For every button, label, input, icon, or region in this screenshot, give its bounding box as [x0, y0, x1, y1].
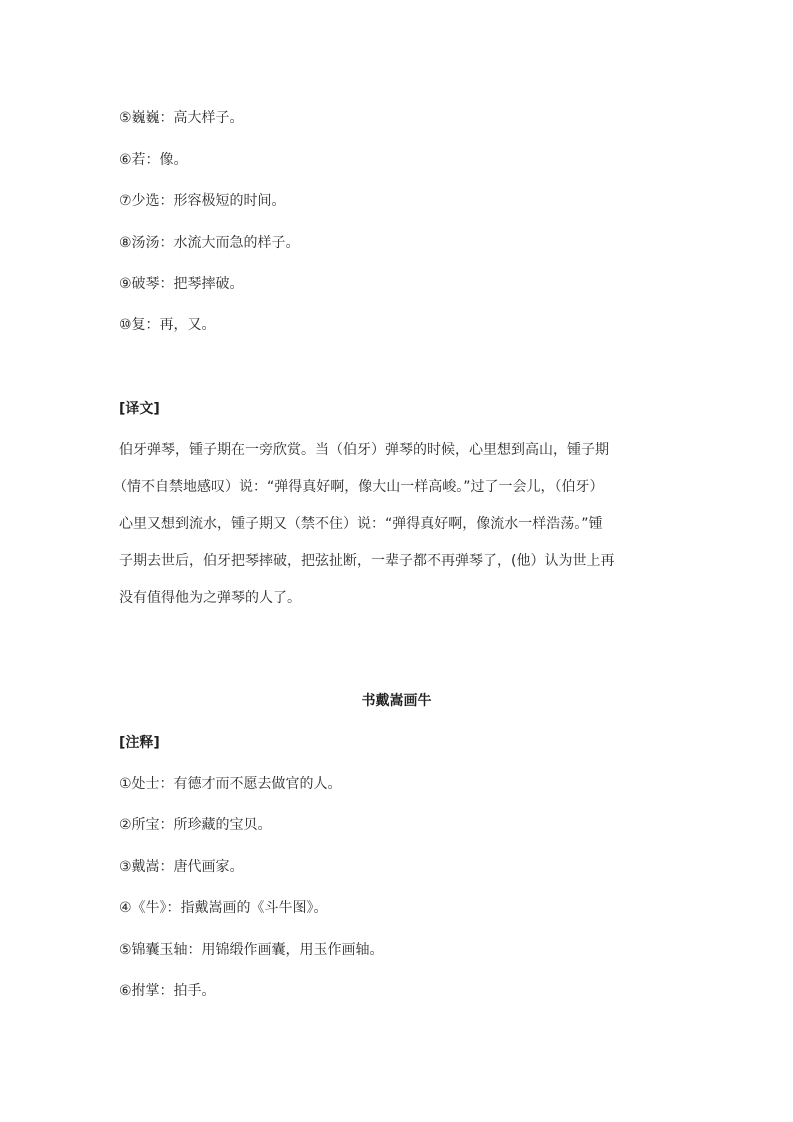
note-item: ⑥若：像。 [119, 150, 188, 170]
translation-line: 子期去世后，伯牙把琴摔破，把弦扯断，一辈子都不再弹琴了，(他）认为世上再 [119, 551, 614, 571]
note-item: ⑧汤汤：水流大而急的样子。 [119, 233, 300, 253]
section-title: 书戴嵩画牛 [0, 691, 793, 711]
note-item: ⑤巍巍：高大样子。 [119, 108, 244, 128]
translation-line: 伯牙弹琴，锺子期在一旁欣赏。当（伯牙）弹琴的时候，心里想到高山，锺子期 [119, 440, 609, 460]
note-item: ②所宝：所珍藏的宝贝。 [119, 815, 272, 835]
note-item: ⑩复：再，又。 [119, 315, 216, 335]
note-item: ⑦少选：形容极短的时间。 [119, 191, 286, 211]
note-item: ④《牛》：指戴嵩画的《斗牛图》。 [119, 898, 328, 918]
note-item: ⑥拊掌：拍手。 [119, 981, 216, 1001]
translation-line: （情不自禁地感叹）说：“弹得真好啊，像大山一样高峻。”过了一会儿，（伯牙） [113, 477, 604, 497]
translation-line: 心里又想到流水，锺子期又（禁不住）说：“弹得真好啊，像流水一样浩荡。”锺 [119, 514, 603, 534]
note-item: ①处士：有德才而不愿去做官的人。 [119, 774, 342, 794]
translation-line: 没有值得他为之弹琴的人了。 [119, 588, 301, 608]
notes-heading: [注释] [119, 733, 160, 753]
translation-heading: [译文] [119, 399, 160, 419]
note-item: ⑤锦囊玉轴：用锦缎作画囊，用玉作画轴。 [119, 940, 384, 960]
note-item: ⑨破琴：把琴摔破。 [119, 274, 244, 294]
note-item: ③戴嵩：唐代画家。 [119, 857, 244, 877]
